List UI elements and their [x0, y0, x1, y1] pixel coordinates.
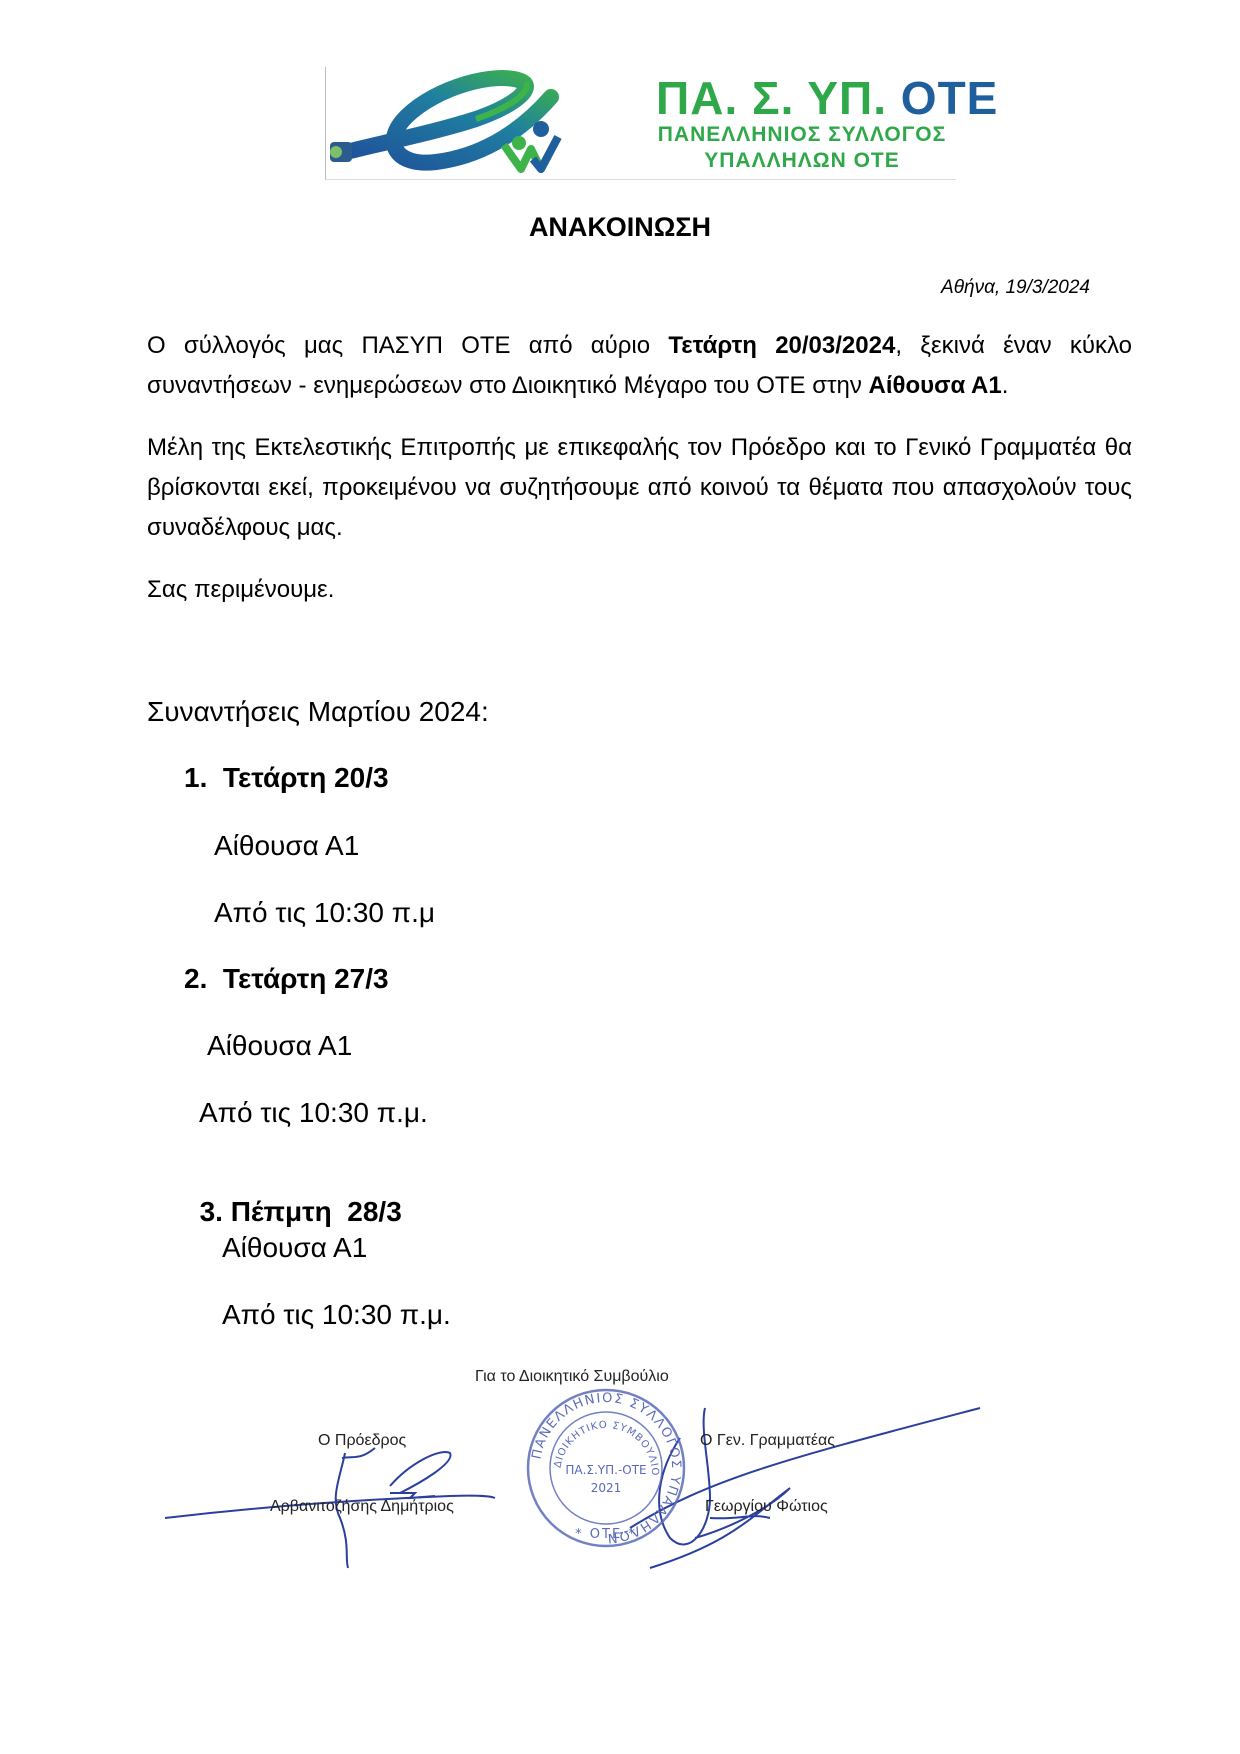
- cable-e-emblem-icon: [326, 67, 656, 179]
- logo-title: ΠΑ. Σ. ΥΠ. ΟΤΕ: [656, 71, 998, 125]
- logo-title-part2: ΟΤΕ: [901, 72, 999, 124]
- paragraph-members: Μέλη της Εκτελεστικής Επιτροπής με επικε…: [147, 428, 1132, 548]
- meeting-item-2-time: Από τις 10:30 π.μ.: [199, 1097, 428, 1129]
- meeting-day: Τετάρτη 20/3: [223, 762, 389, 793]
- signature-block: ΠΑΝΕΛΛΗΝΙΟΣ ΣΥΛΛΟΓΟΣ ΥΠΑΛΛΗΛΩΝ ΔΙΟΙΚΗΤΙΚ…: [150, 1368, 1010, 1578]
- secretary-name: Γεωργίου Φώτιος: [705, 1498, 828, 1516]
- board-label: Για το Διοικητικό Συμβούλιο: [475, 1368, 669, 1386]
- meeting-item-3-heading: 3. Πέπμτη 28/3: [184, 1164, 402, 1228]
- meeting-day: Τετάρτη 27/3: [223, 963, 389, 994]
- logo-title-part1: ΠΑ. Σ. ΥΠ.: [656, 72, 887, 124]
- president-role: Ο Πρόεδρος: [318, 1432, 406, 1450]
- paragraph1-text-c: .: [1002, 372, 1009, 399]
- president-name: Αρβανιτοζήσης Δημήτριος: [270, 1498, 454, 1516]
- meeting-item-1-heading: 1. Τετάρτη 20/3: [184, 762, 389, 794]
- meeting-number: 3.: [200, 1196, 223, 1227]
- meeting-number: 2.: [184, 963, 207, 994]
- meeting-item-2-room: Αίθουσα Α1: [207, 1030, 352, 1062]
- svg-text:ΠΑ.Σ.ΥΠ.-ΟΤΕ: ΠΑ.Σ.ΥΠ.-ΟΤΕ: [565, 1463, 646, 1477]
- meetings-heading: Συναντήσεις Μαρτίου 2024:: [147, 696, 489, 728]
- paragraph-announcement: Ο σύλλογός μας ΠΑΣΥΠ ΟΤΕ από αύριο Τετάρ…: [147, 326, 1132, 406]
- paragraph1-room-bold: Αίθουσα Α1: [869, 372, 1002, 399]
- meeting-item-3-time: Από τις 10:30 π.μ.: [222, 1299, 451, 1331]
- signatures-and-stamp-icon: ΠΑΝΕΛΛΗΝΙΟΣ ΣΥΛΛΟΓΟΣ ΥΠΑΛΛΗΛΩΝ ΔΙΟΙΚΗΤΙΚ…: [150, 1368, 1010, 1578]
- union-logo: ΠΑ. Σ. ΥΠ. ΟΤΕ ΠΑΝΕΛΛΗΝΙΟΣ ΣΥΛΛΟΓΟΣ ΥΠΑΛ…: [325, 67, 956, 180]
- document-date: Αθήνα, 19/3/2024: [941, 277, 1090, 299]
- meeting-number: 1.: [184, 762, 207, 793]
- meeting-item-1-time: Από τις 10:30 π.μ: [214, 897, 435, 929]
- secretary-role: Ο Γεν. Γραμματέας: [700, 1432, 835, 1450]
- meeting-item-1-room: Αίθουσα Α1: [214, 830, 359, 862]
- paragraph1-text-a: Ο σύλλογός μας ΠΑΣΥΠ ΟΤΕ από αύριο: [147, 332, 668, 359]
- meeting-item-3-room: Αίθουσα Α1: [222, 1232, 367, 1264]
- logo-subtitle-line2: ΥΠΑΛΛΗΛΩΝ ΟΤΕ: [656, 149, 948, 173]
- logo-subtitle-line1: ΠΑΝΕΛΛΗΝΙΟΣ ΣΥΛΛΟΓΟΣ: [656, 123, 948, 147]
- meeting-day: Πέπμτη 28/3: [231, 1196, 402, 1227]
- svg-text:* ΟΤΕ *: * ΟΤΕ *: [575, 1527, 637, 1542]
- meeting-item-2-heading: 2. Τετάρτη 27/3: [184, 963, 389, 995]
- paragraph-closing: Σας περιμένουμε.: [147, 570, 1132, 610]
- document-title: ΑΝΑΚΟΙΝΩΣΗ: [0, 212, 1240, 243]
- svg-text:2021: 2021: [591, 1481, 622, 1495]
- paragraph1-date-bold: Τετάρτη 20/03/2024: [668, 332, 895, 359]
